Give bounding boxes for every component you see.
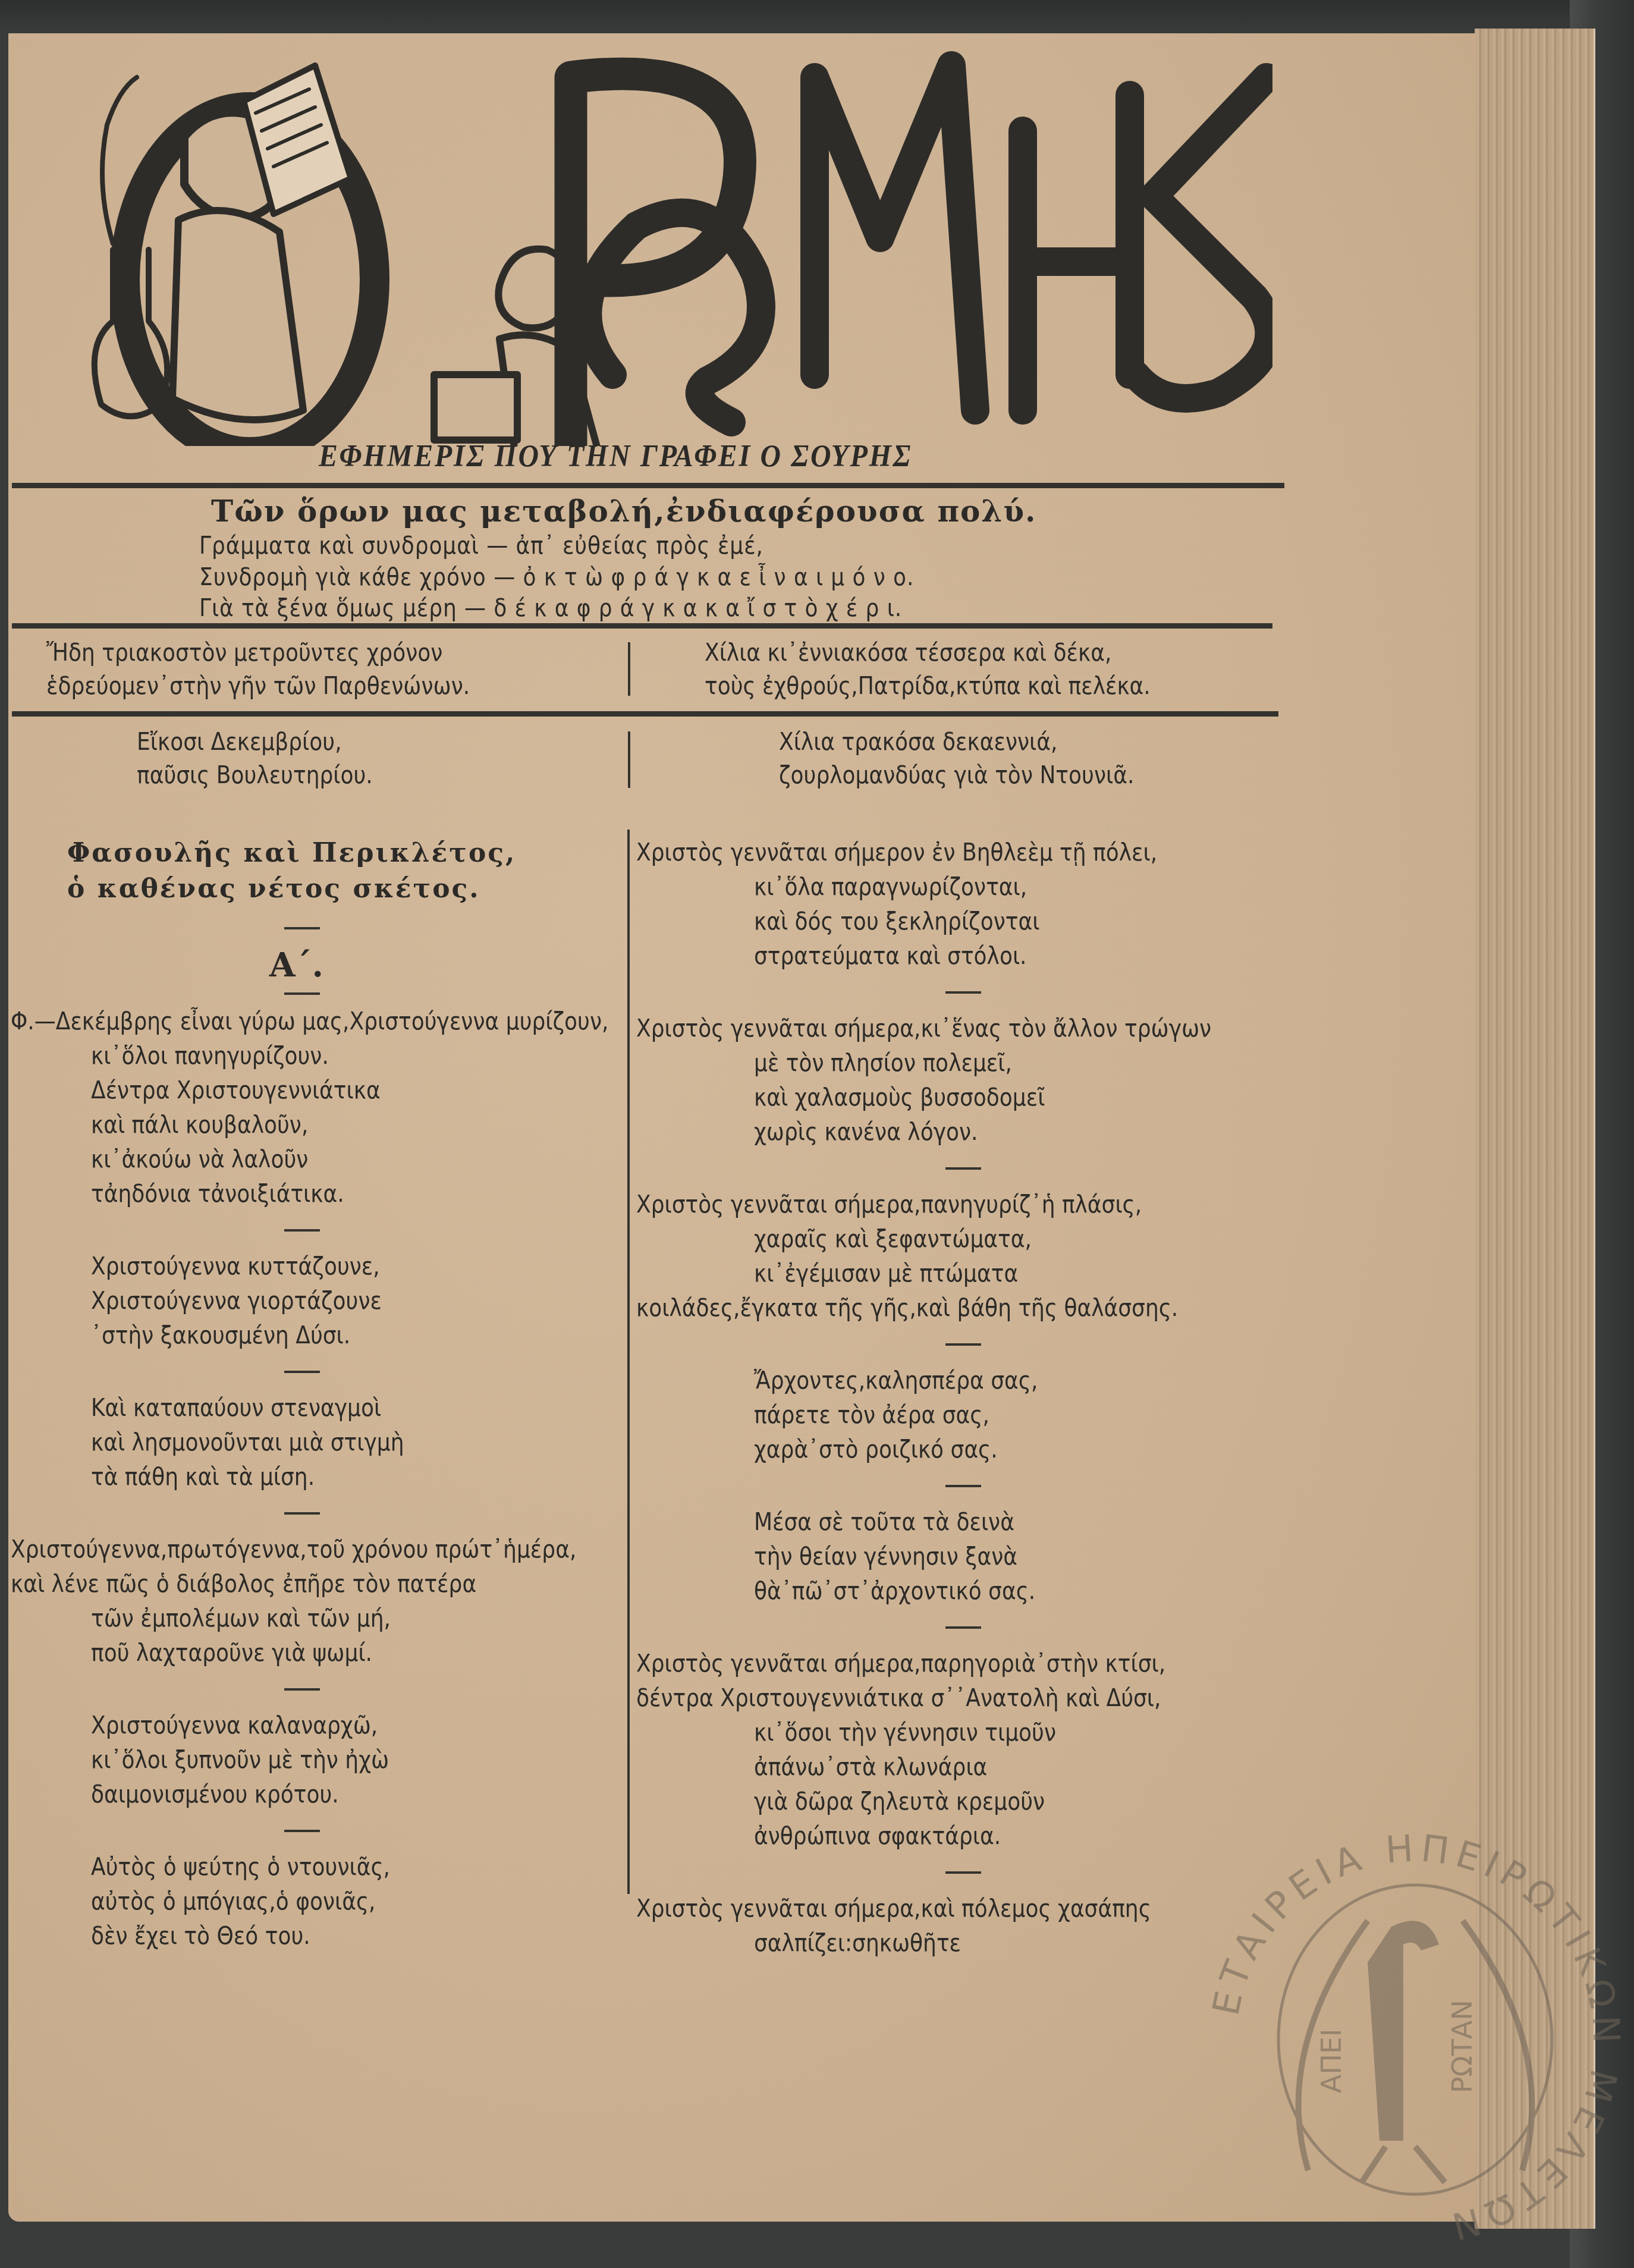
verse-line: Φ.—Δεκέμβρης εἶναι γύρω μας,Χριστούγεννα… [11, 1004, 562, 1039]
verse-line: Χριστὸς γεννᾶται σήμερα,κι᾿ἕνας τὸν ἄλλο… [636, 1012, 1220, 1046]
verse-line: καὶ δός του ξεκληρίζονται [636, 904, 1220, 939]
separator-dash [284, 992, 320, 995]
verse-line: ποῦ λαχταροῦνε γιὰ ψωμί. [11, 1636, 562, 1670]
band-line: Χίλια κι᾿ἐννιακόσα τέσσερα καὶ δέκα, [705, 636, 1151, 670]
letter-omega-icon [587, 213, 761, 422]
stanza: Χριστούγεννα καλαναρχῶ,κι᾿ὅλοι ξυπνοῦν μ… [11, 1708, 623, 1812]
verse-line: κι᾿ὅλοι πανηγυρίζουν. [11, 1039, 562, 1073]
masthead-illustration [48, 42, 1272, 446]
verse-line: κι᾿ὅλα παραγνωρίζονται, [636, 870, 1220, 904]
separator-dash [284, 927, 320, 929]
band-line: Χίλια τρακόσα δεκαεννιά, [779, 725, 1134, 759]
verse-line: Χριστὸς γεννᾶται σήμερα,παρηγοριὰ᾿στὴν κ… [636, 1647, 1220, 1681]
stanza: Χριστὸς γεννᾶται σήμερα,πανηγυρίζ᾿ἡ πλάσ… [636, 1188, 1284, 1325]
verse-line: Χριστούγεννα καλαναρχῶ, [11, 1708, 562, 1743]
separator-dash [945, 1485, 981, 1487]
verse-line: δαιμονισμένου κρότου. [11, 1777, 562, 1812]
verse-line: καὶ χαλασμοὺς βυσσοδομεῖ [636, 1080, 1220, 1115]
scan-background-top [0, 0, 1634, 36]
band-line: τοὺς ἐχθρούς,Πατρίδα,κτύπα καὶ πελέκα. [705, 670, 1151, 703]
verse-line: δὲν ἔχει τὸ Θεό του. [11, 1919, 562, 1953]
separator-dash [945, 1343, 981, 1346]
stanza: Μέσα σὲ τοῦτα τὰ δεινὰτὴν θείαν γέννησιν… [636, 1505, 1284, 1609]
separator-dash [945, 1871, 981, 1874]
rule-between-bands [12, 711, 1278, 717]
letter-mu-icon [815, 65, 975, 410]
verse-line: Δέντρα Χριστουγεννιάτικα [11, 1073, 562, 1108]
stanza: Χριστὸς γεννᾶται σήμερα,παρηγοριὰ᾿στὴν κ… [636, 1647, 1284, 1854]
column-divider [627, 830, 630, 1894]
poem-title: Φασουλῆς καὶ Περικλέτος, ὁ καθένας νέτος… [11, 835, 623, 907]
stanza: Φ.—Δεκέμβρης εἶναι γύρω μας,Χριστούγεννα… [11, 1004, 623, 1211]
verse-line: πάρετε τὸν ἀέρα σας, [636, 1398, 1220, 1433]
verse-line: τὰ πάθη καὶ τὰ μίση. [11, 1460, 562, 1494]
terms-line: Συνδρομὴ γιὰ κάθε χρόνο — ὀ κ τ ὼ φ ρ ά … [199, 564, 914, 591]
band-line: παῦσις Βουλευτηρίου. [137, 759, 373, 792]
masthead-title-artwork [48, 42, 1272, 446]
verse-line: Καὶ καταπαύουν στεναγμοὶ [11, 1391, 562, 1425]
verse-line: κι᾿ἐγέμισαν μὲ πτώματα [636, 1256, 1220, 1291]
stanza: Χριστὸς γεννᾶται σήμερον ἐν Βηθλεὲμ τῇ π… [636, 835, 1284, 973]
right-stanzas: Χριστὸς γεννᾶται σήμερον ἐν Βηθλεὲμ τῇ π… [636, 835, 1284, 1961]
verse-line: θὰ᾿πῶ᾿στ᾿ἀρχοντικό σας. [636, 1574, 1220, 1609]
band-1-right: Χίλια κι᾿ἐννιακόσα τέσσερα καὶ δέκα, τοὺ… [705, 636, 1151, 703]
stanza: Χριστὸς γεννᾶται σήμερα,κι᾿ἕνας τὸν ἄλλο… [636, 1012, 1284, 1149]
right-column: Χριστὸς γεννᾶται σήμερον ἐν Βηθλεὲμ τῇ π… [636, 835, 1284, 1961]
section-marker: Α΄. [11, 941, 623, 989]
verse-line: κι᾿ὅλοι ξυπνοῦν μὲ τὴν ἠχὼ [11, 1743, 562, 1777]
stanza: Ἄρχοντες,καλησπέρα σας,πάρετε τὸν ἀέρα σ… [636, 1364, 1284, 1467]
verse-line: κι᾿ἀκούω νὰ λαλοῦν [11, 1142, 562, 1177]
separator-dash [284, 1229, 320, 1232]
stamp-inner-left: ΑΠΕΙ [1315, 2028, 1347, 2093]
left-stanzas: Φ.—Δεκέμβρης εἶναι γύρω μας,Χριστούγεννα… [11, 1004, 623, 1953]
verse-line: Χριστούγεννα κυττάζουνε, [11, 1249, 562, 1284]
verse-line: μὲ τὸν πλησίον πολεμεῖ, [636, 1046, 1220, 1080]
verse-line: Μέσα σὲ τοῦτα τὰ δεινὰ [636, 1505, 1220, 1540]
separator-dash [284, 1512, 320, 1515]
band-divider [628, 642, 630, 696]
poem-title-line: ὁ καθένας νέτος σκέτος. [67, 871, 623, 907]
letter-sigma-icon [1136, 77, 1270, 398]
verse-line: ᾿στὴν ξακουσμένη Δύσι. [11, 1318, 562, 1353]
verse-line: καὶ λησμονοῦνται μιὰ στιγμὴ [11, 1425, 562, 1460]
verse-line: Χριστὸς γεννᾶται σήμερον ἐν Βηθλεὲμ τῇ π… [636, 835, 1220, 870]
verse-line: τἀηδόνια τἀνοιξιάτικα. [11, 1177, 562, 1211]
separator-dash [945, 1626, 981, 1629]
verse-line: δέντρα Χριστουγεννιάτικα σ᾿᾿Ανατολὴ καὶ … [636, 1681, 1220, 1716]
stamp-inner-right: ΡΩΤΑΝ [1446, 2000, 1478, 2093]
library-stamp: ΕΤΑΙΡΕΙΑ ΗΠΕΙΡΩΤΙΚΩΝ ΜΕΛΕΤΩΝ ΑΠΕΙ ΡΩΤΑΝ [1189, 1814, 1634, 2266]
verse-line: κοιλάδες,ἔγκατα τῆς γῆς,καὶ βάθη τῆς θαλ… [636, 1291, 1220, 1325]
stamp-seal-icon: ΕΤΑΙΡΕΙΑ ΗΠΕΙΡΩΤΙΚΩΝ ΜΕΛΕΤΩΝ ΑΠΕΙ ΡΩΤΑΝ [1189, 1814, 1634, 2266]
band-line: ἑδρεύομεν᾿στὴν γῆν τῶν Παρθενώνων. [46, 670, 470, 703]
verse-line: Χριστούγεννα,πρωτόγεννα,τοῦ χρόνου πρώτ᾿… [11, 1532, 562, 1567]
rule-under-terms [12, 623, 1272, 629]
masthead-subtitle: ΕΦΗΜΕΡΙΣ ΠΟΥ ΤΗΝ ΓΡΑΦΕΙ Ο ΣΟΥΡΗΣ [274, 439, 957, 474]
band-divider [628, 731, 630, 788]
stanza: Χριστούγεννα,πρωτόγεννα,τοῦ χρόνου πρώτ᾿… [11, 1532, 623, 1670]
band-2-right: Χίλια τρακόσα δεκαεννιά, ζουρλομανδύας γ… [779, 725, 1134, 792]
letter-eta-icon [1023, 95, 1130, 410]
stanza: Αὐτὸς ὁ ψεύτης ὁ ντουνιᾶς,αὐτὸς ὁ μπόγια… [11, 1850, 623, 1953]
verse-line: χαρὰ᾿στὸ ροιζικό σας. [636, 1433, 1220, 1467]
stanza: Καὶ καταπαύουν στεναγμοὶκαὶ λησμονοῦνται… [11, 1391, 623, 1494]
band-line: Εἴκοσι Δεκεμβρίου, [137, 725, 373, 759]
verse-line: ἀνθρώπινα σφακτάρια. [636, 1819, 1220, 1854]
terms-heading: Τῶν ὅρων μας μεταβολή,ἐνδιαφέρουσα πολύ. [211, 494, 1037, 529]
terms-line: Γράμματα καὶ συνδρομαὶ — ἀπ᾿ εὐθείας πρὸ… [199, 532, 763, 560]
stanza: Χριστούγεννα κυττάζουνε,Χριστούγεννα γιο… [11, 1249, 623, 1353]
verse-line: τῶν ἐμπολέμων καὶ τῶν μή, [11, 1601, 562, 1636]
verse-line: Χριστὸς γεννᾶται σήμερα,καὶ πόλεμος χασά… [636, 1892, 1220, 1926]
separator-dash [284, 1688, 320, 1691]
band-line: ζουρλομανδύας γιὰ τὸν Ντουνιᾶ. [779, 759, 1134, 792]
eagle-icon [1362, 1921, 1445, 2182]
separator-dash [284, 1371, 320, 1373]
verse-line: σαλπίζει:σηκωθῆτε [636, 1926, 1220, 1961]
verse-line: καὶ λένε πῶς ὁ διάβολος ἐπῆρε τὸν πατέρα [11, 1567, 562, 1601]
separator-dash [945, 1167, 981, 1170]
verse-line: κι᾿ὅσοι τὴν γέννησιν τιμοῦν [636, 1716, 1220, 1750]
verse-line: αὐτὸς ὁ μπόγιας,ὁ φονιᾶς, [11, 1884, 562, 1919]
verse-line: Ἄρχοντες,καλησπέρα σας, [636, 1364, 1220, 1398]
stamp-ring-text: ΕΤΑΙΡΕΙΑ ΗΠΕΙΡΩΤΙΚΩΝ ΜΕΛΕΤΩΝ [1204, 1826, 1629, 2250]
stanza: Χριστὸς γεννᾶται σήμερα,καὶ πόλεμος χασά… [636, 1892, 1284, 1961]
poem-title-line: Φασουλῆς καὶ Περικλέτος, [67, 835, 623, 871]
verse-line: Αὐτὸς ὁ ψεύτης ὁ ντουνιᾶς, [11, 1850, 562, 1884]
separator-dash [284, 1830, 320, 1832]
verse-line: τὴν θείαν γέννησιν ξανὰ [636, 1540, 1220, 1574]
verse-line: Χριστὸς γεννᾶται σήμερα,πανηγυρίζ᾿ἡ πλάσ… [636, 1188, 1220, 1222]
verse-line: καὶ πάλι κουβαλοῦν, [11, 1108, 562, 1142]
rule-under-subtitle [12, 483, 1284, 488]
verse-line: χαραῖς καὶ ξεφαντώματα, [636, 1222, 1220, 1256]
separator-dash [945, 991, 981, 994]
left-column: Φασουλῆς καὶ Περικλέτος, ὁ καθένας νέτος… [11, 835, 623, 1953]
terms-line: Γιὰ τὰ ξένα ὅμως μέρη — δ έ κ α φ ρ ά γ … [199, 595, 902, 622]
verse-line: Χριστούγεννα γιορτάζουνε [11, 1284, 562, 1318]
verse-line: χωρὶς κανένα λόγον. [636, 1115, 1220, 1149]
verse-line: στρατεύματα καὶ στόλοι. [636, 939, 1220, 973]
band-line: Ἤδη τριακοστὸν μετροῦντες χρόνον [46, 636, 470, 670]
band-2-left: Εἴκοσι Δεκεμβρίου, παῦσις Βουλευτηρίου. [137, 725, 373, 792]
verse-line: γιὰ δῶρα ζηλευτὰ κρεμοῦν [636, 1785, 1220, 1819]
verse-line: ἀπάνω᾿στὰ κλωνάρια [636, 1750, 1220, 1785]
band-1-left: Ἤδη τριακοστὸν μετροῦντες χρόνον ἑδρεύομ… [46, 636, 470, 703]
